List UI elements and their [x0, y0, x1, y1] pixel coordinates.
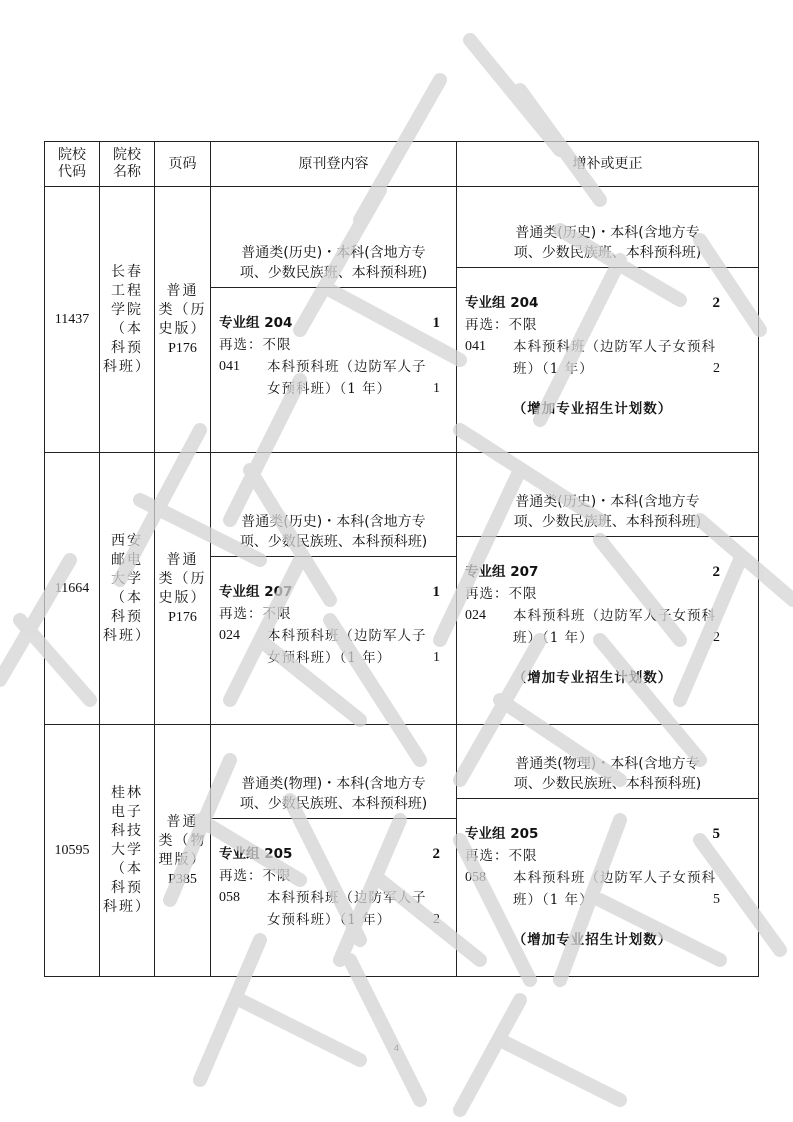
category-line: 普通类(历史)・本科(含地方专	[211, 512, 456, 532]
page-number: 4	[0, 1043, 793, 1053]
group-line: 专业组 207 2	[465, 561, 720, 583]
major-name-cont: 班）（1 年）	[513, 889, 594, 911]
major-code: 041	[465, 336, 513, 358]
major-count: 2	[713, 358, 720, 380]
major-name-cont: 女预科班）（1 年）	[267, 909, 391, 931]
reselect-requirement: 再选：不限	[219, 865, 440, 887]
table-row: 11437 长春 工程 学院 （本 科预 科班） 普通 类（历 史版） P176…	[45, 187, 759, 453]
major-code: 041	[219, 356, 267, 378]
group-label: 专业组 204	[465, 292, 538, 314]
major-code: 058	[465, 867, 513, 889]
group-line: 专业组 204 1	[219, 312, 440, 334]
category-line: 项、少数民族班、本科预科班)	[457, 774, 758, 794]
group-count: 2	[433, 843, 441, 865]
major-name: 本科预科班（边防军人子	[267, 356, 440, 378]
reselect-requirement: 再选：不限	[219, 334, 440, 356]
page-ref-line: 普通	[155, 282, 210, 301]
header-school-code: 院校 代码	[45, 142, 100, 187]
school-name-line: 大学	[100, 841, 154, 860]
major-count: 1	[433, 378, 440, 400]
category-line: 普通类(历史)・本科(含地方专	[457, 223, 758, 243]
category-header: 普通类(历史)・本科(含地方专 项、少数民族班、本科预科班)	[457, 489, 758, 537]
category-line: 普通类(物理)・本科(含地方专	[457, 754, 758, 774]
school-name-line: 科预	[100, 608, 154, 627]
group-label: 专业组 204	[219, 312, 292, 334]
category-line: 项、少数民族班、本科预科班)	[457, 512, 758, 532]
category-line: 普通类(历史)・本科(含地方专	[211, 243, 456, 263]
major-line: 024 本科预科班（边防军人子	[219, 625, 440, 647]
major-line: 041 本科预科班（边防军人子女预科	[465, 336, 734, 358]
school-name-line: 工程	[100, 282, 154, 301]
header-correction: 增补或更正	[457, 142, 759, 187]
school-name-line: 桂林	[100, 784, 154, 803]
page-ref-line: 类（物	[155, 832, 210, 851]
school-name-line: 科班）	[100, 627, 154, 646]
major-line: 024 本科预科班（边防军人子女预科	[465, 605, 734, 627]
page-ref-line: 普通	[155, 813, 210, 832]
reselect-requirement: 再选：不限	[465, 583, 720, 605]
correction-content: 普通类(历史)・本科(含地方专 项、少数民族班、本科预科班) 专业组 204 2…	[457, 187, 759, 453]
corrections-table: 院校 代码 院校 名称 页码 原刊登内容 增补或更正 11437 长春 工程 学…	[44, 141, 759, 977]
major-name-cont: 女预科班）（1 年）	[267, 647, 391, 669]
major-code: 024	[465, 605, 513, 627]
category-line: 项、少数民族班、本科预科班)	[211, 794, 456, 814]
major-count: 2	[433, 909, 440, 931]
group-body: 专业组 207 1 再选：不限 024 本科预科班（边防军人子 女预科班）（1 …	[211, 557, 456, 669]
header-school-code-line2: 代码	[45, 164, 99, 181]
page-ref-line: P176	[155, 608, 210, 627]
major-line-continued: 班）（1 年） 2	[465, 627, 720, 649]
major-count: 5	[713, 889, 720, 911]
group-count: 2	[713, 292, 721, 314]
correction-content: 普通类(历史)・本科(含地方专 项、少数民族班、本科预科班) 专业组 207 2…	[457, 453, 759, 725]
page-ref: 普通 类（历 史版） P176	[155, 187, 211, 453]
school-name-line: 科班）	[100, 898, 154, 917]
school-name-line: 科预	[100, 879, 154, 898]
school-name-line: 科预	[100, 339, 154, 358]
reselect-requirement: 再选：不限	[219, 603, 440, 625]
correction-note: （增加专业招生计划数）	[465, 929, 720, 951]
major-line: 058 本科预科班（边防军人子	[219, 887, 440, 909]
school-name-line: 学院	[100, 301, 154, 320]
school-name-line: （本	[100, 320, 154, 339]
group-body: 专业组 204 1 再选：不限 041 本科预科班（边防军人子 女预科班）（1 …	[211, 288, 456, 400]
group-line: 专业组 207 1	[219, 581, 440, 603]
page-ref-line: P176	[155, 339, 210, 358]
major-line-continued: 女预科班）（1 年） 1	[219, 647, 440, 669]
category-line: 普通类(物理)・本科(含地方专	[211, 774, 456, 794]
major-name-cont: 班）（1 年）	[513, 358, 594, 380]
school-name-line: （本	[100, 589, 154, 608]
school-name-line: 邮电	[100, 551, 154, 570]
header-row: 院校 代码 院校 名称 页码 原刊登内容 增补或更正	[45, 142, 759, 187]
table-row: 11664 西安 邮电 大学 （本 科预 科班） 普通 类（历 史版） P176…	[45, 453, 759, 725]
group-count: 5	[713, 823, 721, 845]
table-row: 10595 桂林 电子 科技 大学 （本 科预 科班） 普通 类（物 理版） P…	[45, 725, 759, 977]
major-name-cont: 班）（1 年）	[513, 627, 594, 649]
category-line: 普通类(历史)・本科(含地方专	[457, 492, 758, 512]
school-name: 长春 工程 学院 （本 科预 科班）	[100, 187, 155, 453]
group-line: 专业组 205 2	[219, 843, 440, 865]
group-label: 专业组 207	[219, 581, 292, 603]
school-name-line: 大学	[100, 570, 154, 589]
header-school-name: 院校 名称	[100, 142, 155, 187]
major-name-cont: 女预科班）（1 年）	[267, 378, 391, 400]
group-body: 专业组 204 2 再选：不限 041 本科预科班（边防军人子女预科 班）（1 …	[457, 268, 758, 420]
major-line: 058 本科预科班（边防军人子女预科	[465, 867, 734, 889]
page-ref-line: 类（历	[155, 570, 210, 589]
major-code: 058	[219, 887, 267, 909]
category-header: 普通类(物理)・本科(含地方专 项、少数民族班、本科预科班)	[457, 751, 758, 799]
page-ref: 普通 类（历 史版） P176	[155, 453, 211, 725]
school-code: 11437	[45, 187, 100, 453]
group-count: 2	[713, 561, 721, 583]
group-line: 专业组 204 2	[465, 292, 720, 314]
group-label: 专业组 205	[219, 843, 292, 865]
original-content: 普通类(历史)・本科(含地方专 项、少数民族班、本科预科班) 专业组 207 1…	[211, 453, 457, 725]
correction-note: （增加专业招生计划数）	[465, 667, 720, 689]
header-page: 页码	[155, 142, 211, 187]
category-line: 项、少数民族班、本科预科班)	[457, 243, 758, 263]
major-name: 本科预科班（边防军人子	[267, 625, 440, 647]
school-name-line: 长春	[100, 263, 154, 282]
reselect-requirement: 再选：不限	[465, 845, 720, 867]
page-ref: 普通 类（物 理版） P385	[155, 725, 211, 977]
header-school-name-line2: 名称	[100, 164, 154, 181]
page-ref-line: 理版）	[155, 851, 210, 870]
category-line: 项、少数民族班、本科预科班)	[211, 532, 456, 552]
major-line-continued: 女预科班）（1 年） 1	[219, 378, 440, 400]
original-content: 普通类(物理)・本科(含地方专 项、少数民族班、本科预科班) 专业组 205 2…	[211, 725, 457, 977]
major-count: 1	[433, 647, 440, 669]
page-ref-line: 普通	[155, 551, 210, 570]
school-code: 10595	[45, 725, 100, 977]
major-line-continued: 班）（1 年） 5	[465, 889, 720, 911]
correction-content: 普通类(物理)・本科(含地方专 项、少数民族班、本科预科班) 专业组 205 5…	[457, 725, 759, 977]
major-name: 本科预科班（边防军人子女预科	[513, 867, 734, 889]
major-name: 本科预科班（边防军人子女预科	[513, 605, 734, 627]
category-header: 普通类(历史)・本科(含地方专 项、少数民族班、本科预科班)	[457, 220, 758, 268]
school-code: 11664	[45, 453, 100, 725]
major-code: 024	[219, 625, 267, 647]
school-name: 西安 邮电 大学 （本 科预 科班）	[100, 453, 155, 725]
group-label: 专业组 205	[465, 823, 538, 845]
page-ref-line: 史版）	[155, 589, 210, 608]
school-name-line: （本	[100, 860, 154, 879]
school-name-line: 电子	[100, 803, 154, 822]
header-school-code-line1: 院校	[45, 147, 99, 164]
school-name-line: 西安	[100, 532, 154, 551]
group-line: 专业组 205 5	[465, 823, 720, 845]
school-name: 桂林 电子 科技 大学 （本 科预 科班）	[100, 725, 155, 977]
group-body: 专业组 205 2 再选：不限 058 本科预科班（边防军人子 女预科班）（1 …	[211, 819, 456, 931]
major-line-continued: 女预科班）（1 年） 2	[219, 909, 440, 931]
page-ref-line: 史版）	[155, 320, 210, 339]
category-header: 普通类(历史)・本科(含地方专 项、少数民族班、本科预科班)	[211, 240, 456, 288]
category-header: 普通类(历史)・本科(含地方专 项、少数民族班、本科预科班)	[211, 509, 456, 557]
group-body: 专业组 205 5 再选：不限 058 本科预科班（边防军人子女预科 班）（1 …	[457, 799, 758, 951]
page-ref-line: 类（历	[155, 301, 210, 320]
group-body: 专业组 207 2 再选：不限 024 本科预科班（边防军人子女预科 班）（1 …	[457, 537, 758, 689]
major-line: 041 本科预科班（边防军人子	[219, 356, 440, 378]
category-line: 项、少数民族班、本科预科班)	[211, 263, 456, 283]
major-name: 本科预科班（边防军人子女预科	[513, 336, 734, 358]
major-count: 2	[713, 627, 720, 649]
page-ref-line: P385	[155, 870, 210, 889]
header-school-name-line1: 院校	[100, 147, 154, 164]
school-name-line: 科班）	[100, 358, 154, 377]
group-label: 专业组 207	[465, 561, 538, 583]
correction-note: （增加专业招生计划数）	[465, 398, 720, 420]
group-count: 1	[433, 312, 441, 334]
school-name-line: 科技	[100, 822, 154, 841]
header-original: 原刊登内容	[211, 142, 457, 187]
category-header: 普通类(物理)・本科(含地方专 项、少数民族班、本科预科班)	[211, 771, 456, 819]
reselect-requirement: 再选：不限	[465, 314, 720, 336]
group-count: 1	[433, 581, 441, 603]
original-content: 普通类(历史)・本科(含地方专 项、少数民族班、本科预科班) 专业组 204 1…	[211, 187, 457, 453]
major-line-continued: 班）（1 年） 2	[465, 358, 720, 380]
major-name: 本科预科班（边防军人子	[267, 887, 440, 909]
